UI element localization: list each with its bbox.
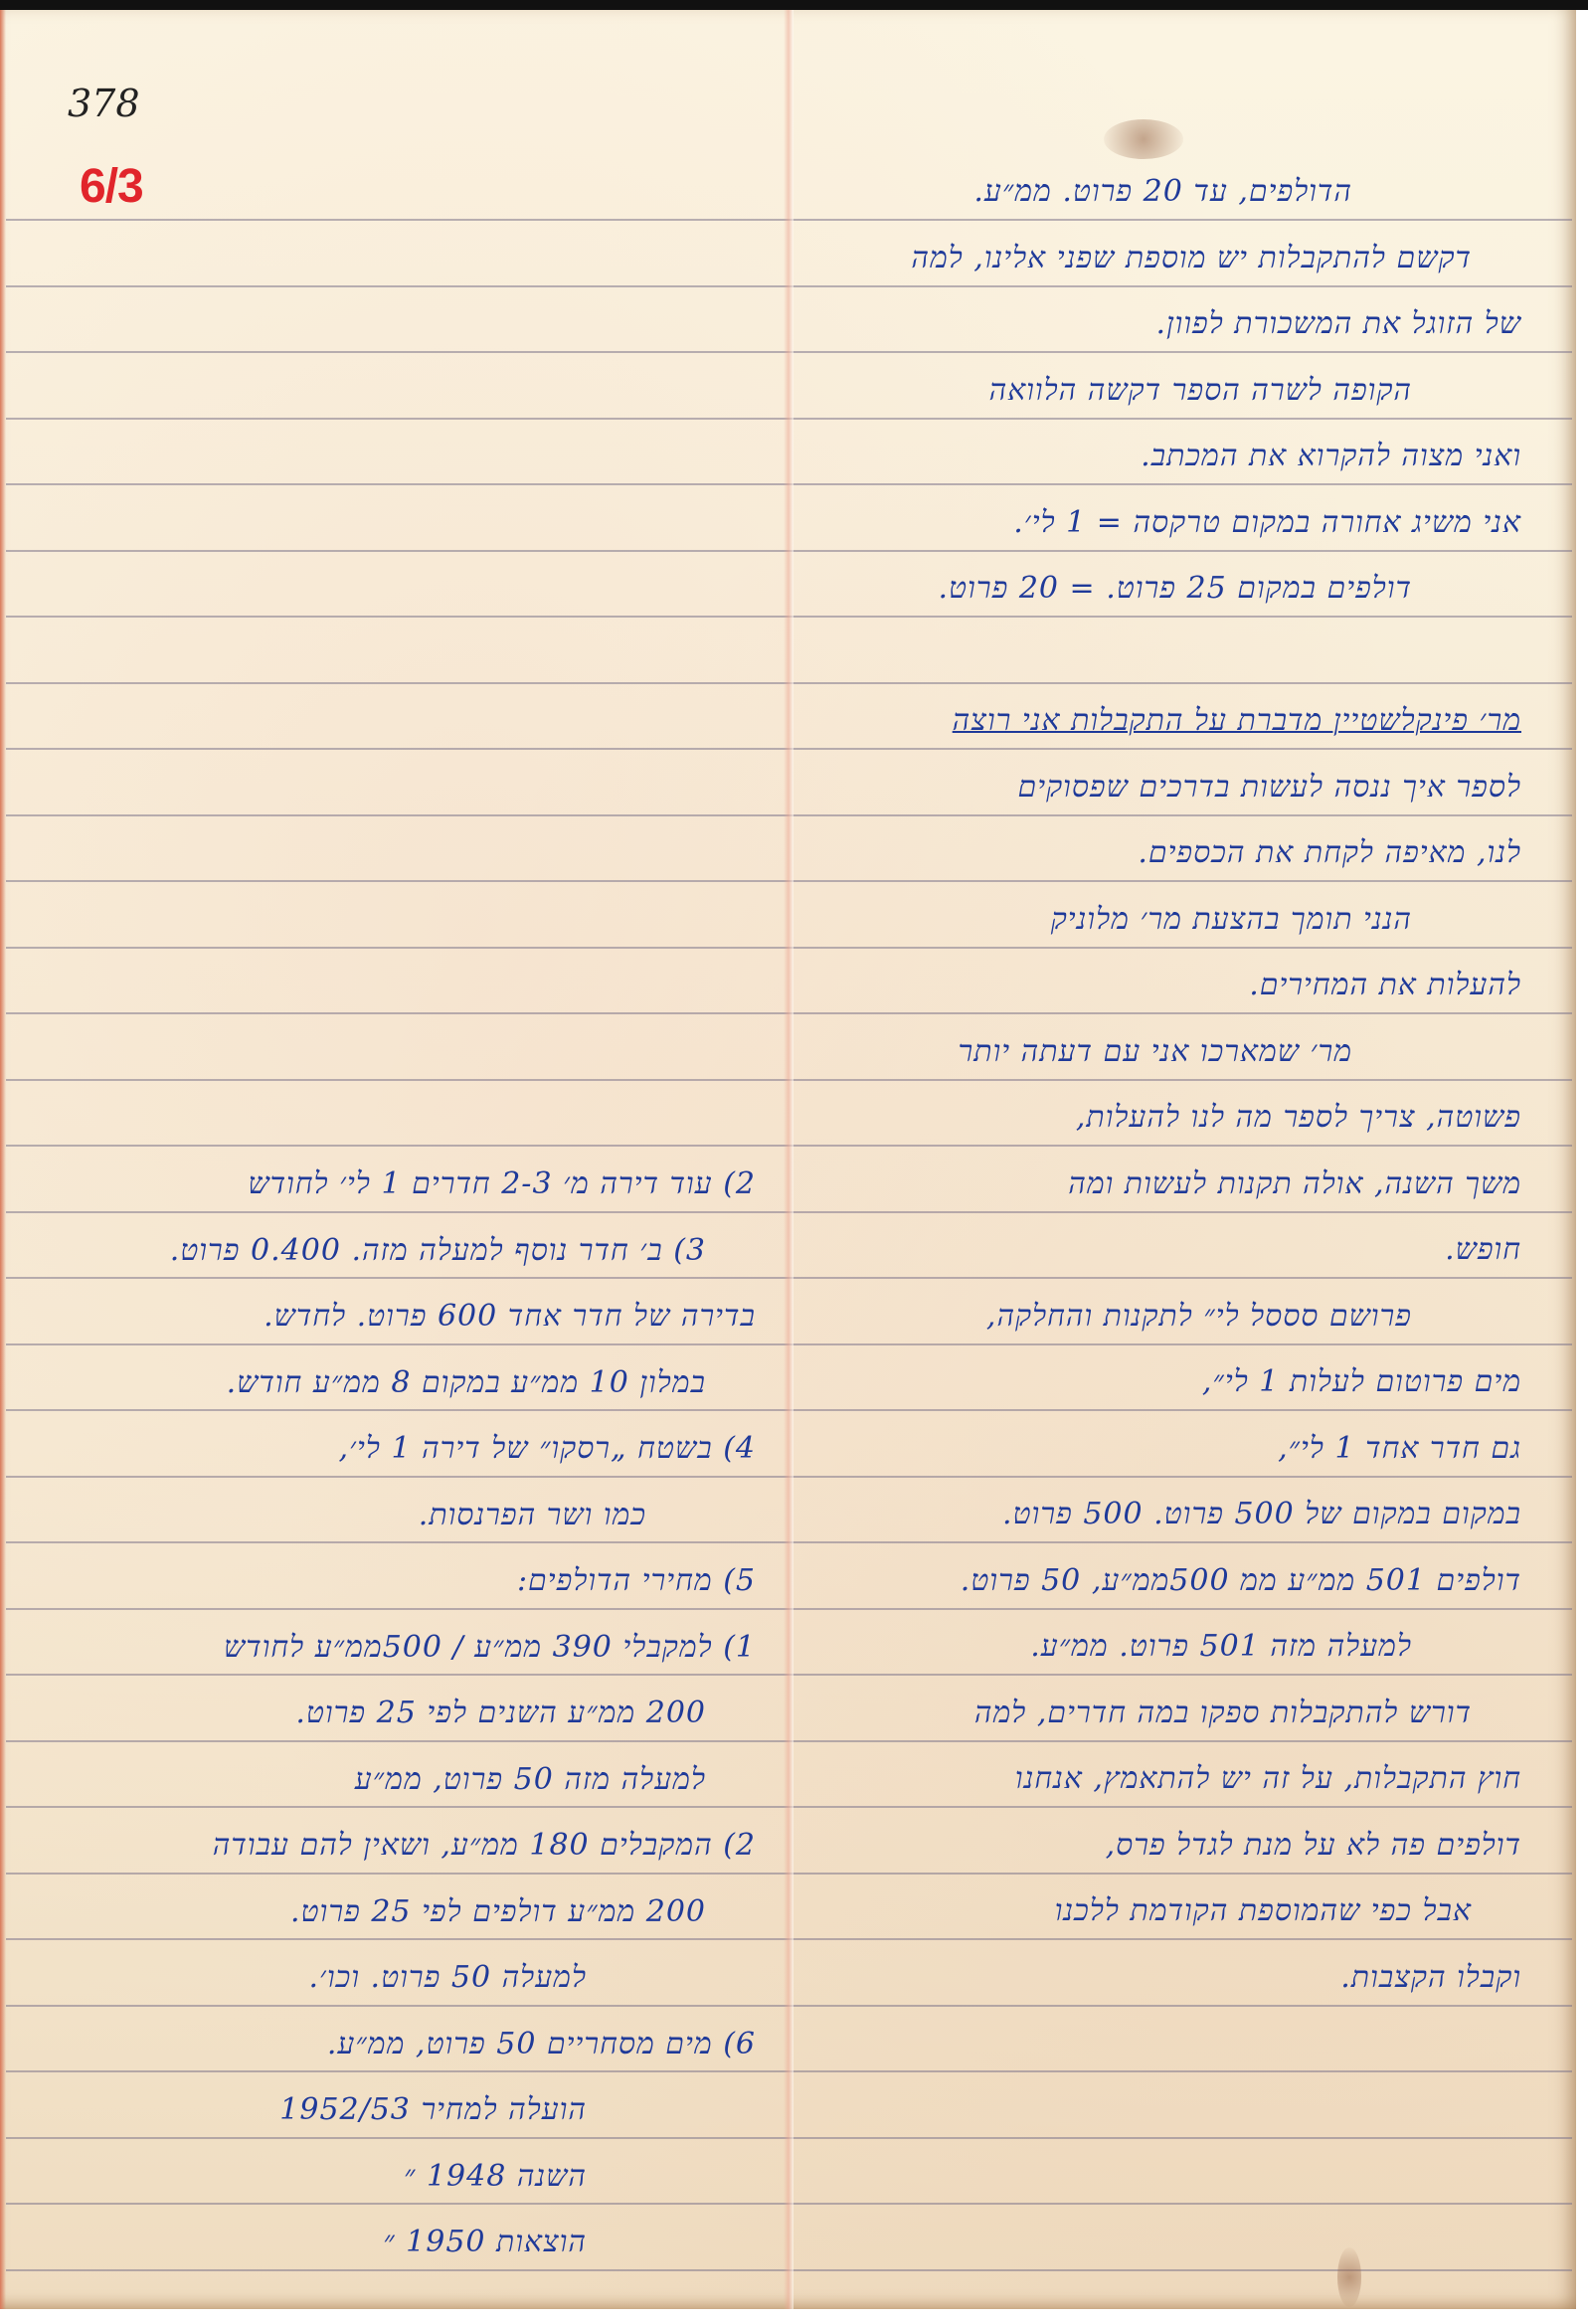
text-line: הדולפים, עד 20 פרוט. ממ״ע. bbox=[795, 159, 1521, 226]
text-line: וקבלו הקצבות. bbox=[795, 1945, 1521, 2012]
text-line: מים פרוטום לעלות 1 לי״, bbox=[795, 1349, 1521, 1416]
text-line: למעלה מזה 50 פרוט, ממ״ע bbox=[40, 1747, 756, 1814]
text-line: הנני תומך בהצעת מר׳ מלוניק bbox=[795, 887, 1521, 954]
text-line: דולפים פה לא על מנת לגדל פרס, bbox=[795, 1813, 1521, 1879]
text-line: חופש. bbox=[795, 1217, 1521, 1284]
text-line: השנה 1948 ״ bbox=[40, 2144, 756, 2211]
text-line: פשוטה, צריך לספר מה לנו להעלות, bbox=[795, 1085, 1521, 1152]
text-line: 200 ממ״ע השנים לפי 25 פרוט. bbox=[40, 1681, 756, 1747]
blank-line bbox=[795, 623, 1521, 689]
text-line: הוצאות 1950 ״ bbox=[40, 2210, 756, 2276]
text-line: חוץ התקבלות, על זה יש להתאמץ, אנחנו bbox=[795, 1746, 1521, 1813]
paper-stain bbox=[1337, 2247, 1361, 2307]
text-line-underlined: מר׳ שמארכו אני עם דעתה יותר bbox=[795, 1019, 1521, 1086]
text-line: דולפים 501 ממ״ע ממ 500ממ״ע, 50 פרוט. bbox=[795, 1548, 1521, 1615]
text-line: אבל כפי שהמוספת הקודמת ללכנו bbox=[795, 1878, 1521, 1945]
text-line: משך השנה, אולה תקנות לעשות ומה bbox=[795, 1152, 1521, 1218]
text-line: 6) מים מסחריים 50 פרוט, ממ״ע. bbox=[40, 2012, 756, 2078]
text-line: 5) מחירי הדולפים: bbox=[40, 1548, 756, 1615]
text-line-underlined: מר׳ פינקלשטיין מדברת על התקבלות אני רוצה bbox=[795, 688, 1521, 755]
text-line: למעלה 50 פרוט. וכו׳. bbox=[40, 1945, 756, 2012]
text-line: למעלה מזה 501 פרוט. ממ״ע. bbox=[795, 1614, 1521, 1681]
text-line: 200 ממ״ע דולפים לפי 25 פרוט. bbox=[40, 1879, 756, 1946]
text-line: דורש להתקבלות ספקו במה חדרים, למה bbox=[795, 1681, 1521, 1747]
text-line: במקום במקום של 500 פרוט. 500 פרוט. bbox=[795, 1482, 1521, 1548]
text-line: גם חדר אחד 1 לי״, bbox=[795, 1416, 1521, 1483]
text-line: של הזוגל את המשכורת לפוון. bbox=[795, 291, 1521, 358]
text-line: לנו, מאיפה לקחת את הכספים. bbox=[795, 820, 1521, 887]
text-line: לספר איך ננסה לעשות בדרכים שפסוקים bbox=[795, 755, 1521, 821]
text-line: להעלות את המחירים. bbox=[795, 953, 1521, 1019]
text-line: דקשם להתקבלות יש מוספת שפני אלינו, למה bbox=[795, 226, 1521, 292]
text-line: 2) עוד דירה מ׳ 2-3 חדרים 1 לי׳ לחודש bbox=[40, 1152, 756, 1218]
text-line: הועלה למחיר 1952/53 bbox=[40, 2077, 756, 2144]
text-line: 1) למקבלי 390 ממ״ע / 500ממ״ע לחודש bbox=[40, 1615, 756, 1682]
scan-top-border bbox=[0, 0, 1588, 10]
text-line: דולפים במקום 25 פרוט. = 20 פרוט. bbox=[795, 556, 1521, 623]
text-line: הקופה לשרה הספר דקשה הלוואה bbox=[795, 358, 1521, 425]
red-page-stamp: 6/3 bbox=[80, 159, 143, 214]
text-line: פרושם סססל לי״ לתקנות והחלקה, bbox=[795, 1284, 1521, 1350]
page-number: 378 bbox=[68, 82, 140, 125]
text-line: בדירה של חדר אחד 600 פרוט. לחדש. bbox=[40, 1284, 756, 1350]
text-line: אני משיג אחורה במקום טרקסה = 1 לי׳. bbox=[795, 490, 1521, 557]
text-line: במלון 10 ממ״ע במקום 8 ממ״ע חודש. bbox=[40, 1350, 756, 1417]
page-left-edge bbox=[0, 10, 6, 2309]
text-line: ואני מצוה להקרוא את המכתב. bbox=[795, 424, 1521, 490]
left-column-text: 2) עוד דירה מ׳ 2-3 חדרים 1 לי׳ לחודש 3) … bbox=[40, 1152, 756, 2276]
text-line: 4) בשטח „רסקו״ של דירה 1 לי׳, bbox=[40, 1416, 756, 1483]
text-line: כמו ושר הפרנסות. bbox=[40, 1483, 756, 1549]
ink-stain bbox=[1104, 119, 1183, 159]
text-line: 2) המקבלים 180 ממ״ע, ושאין להם עבודה bbox=[40, 1813, 756, 1879]
center-margin-line bbox=[784, 10, 794, 2309]
text-line: 3) ב׳ חדר נוסף למעלה מזה. 0.400 פרוט. bbox=[40, 1218, 756, 1285]
right-column-text: הדולפים, עד 20 פרוט. ממ״ע. דקשם להתקבלות… bbox=[795, 159, 1521, 2011]
